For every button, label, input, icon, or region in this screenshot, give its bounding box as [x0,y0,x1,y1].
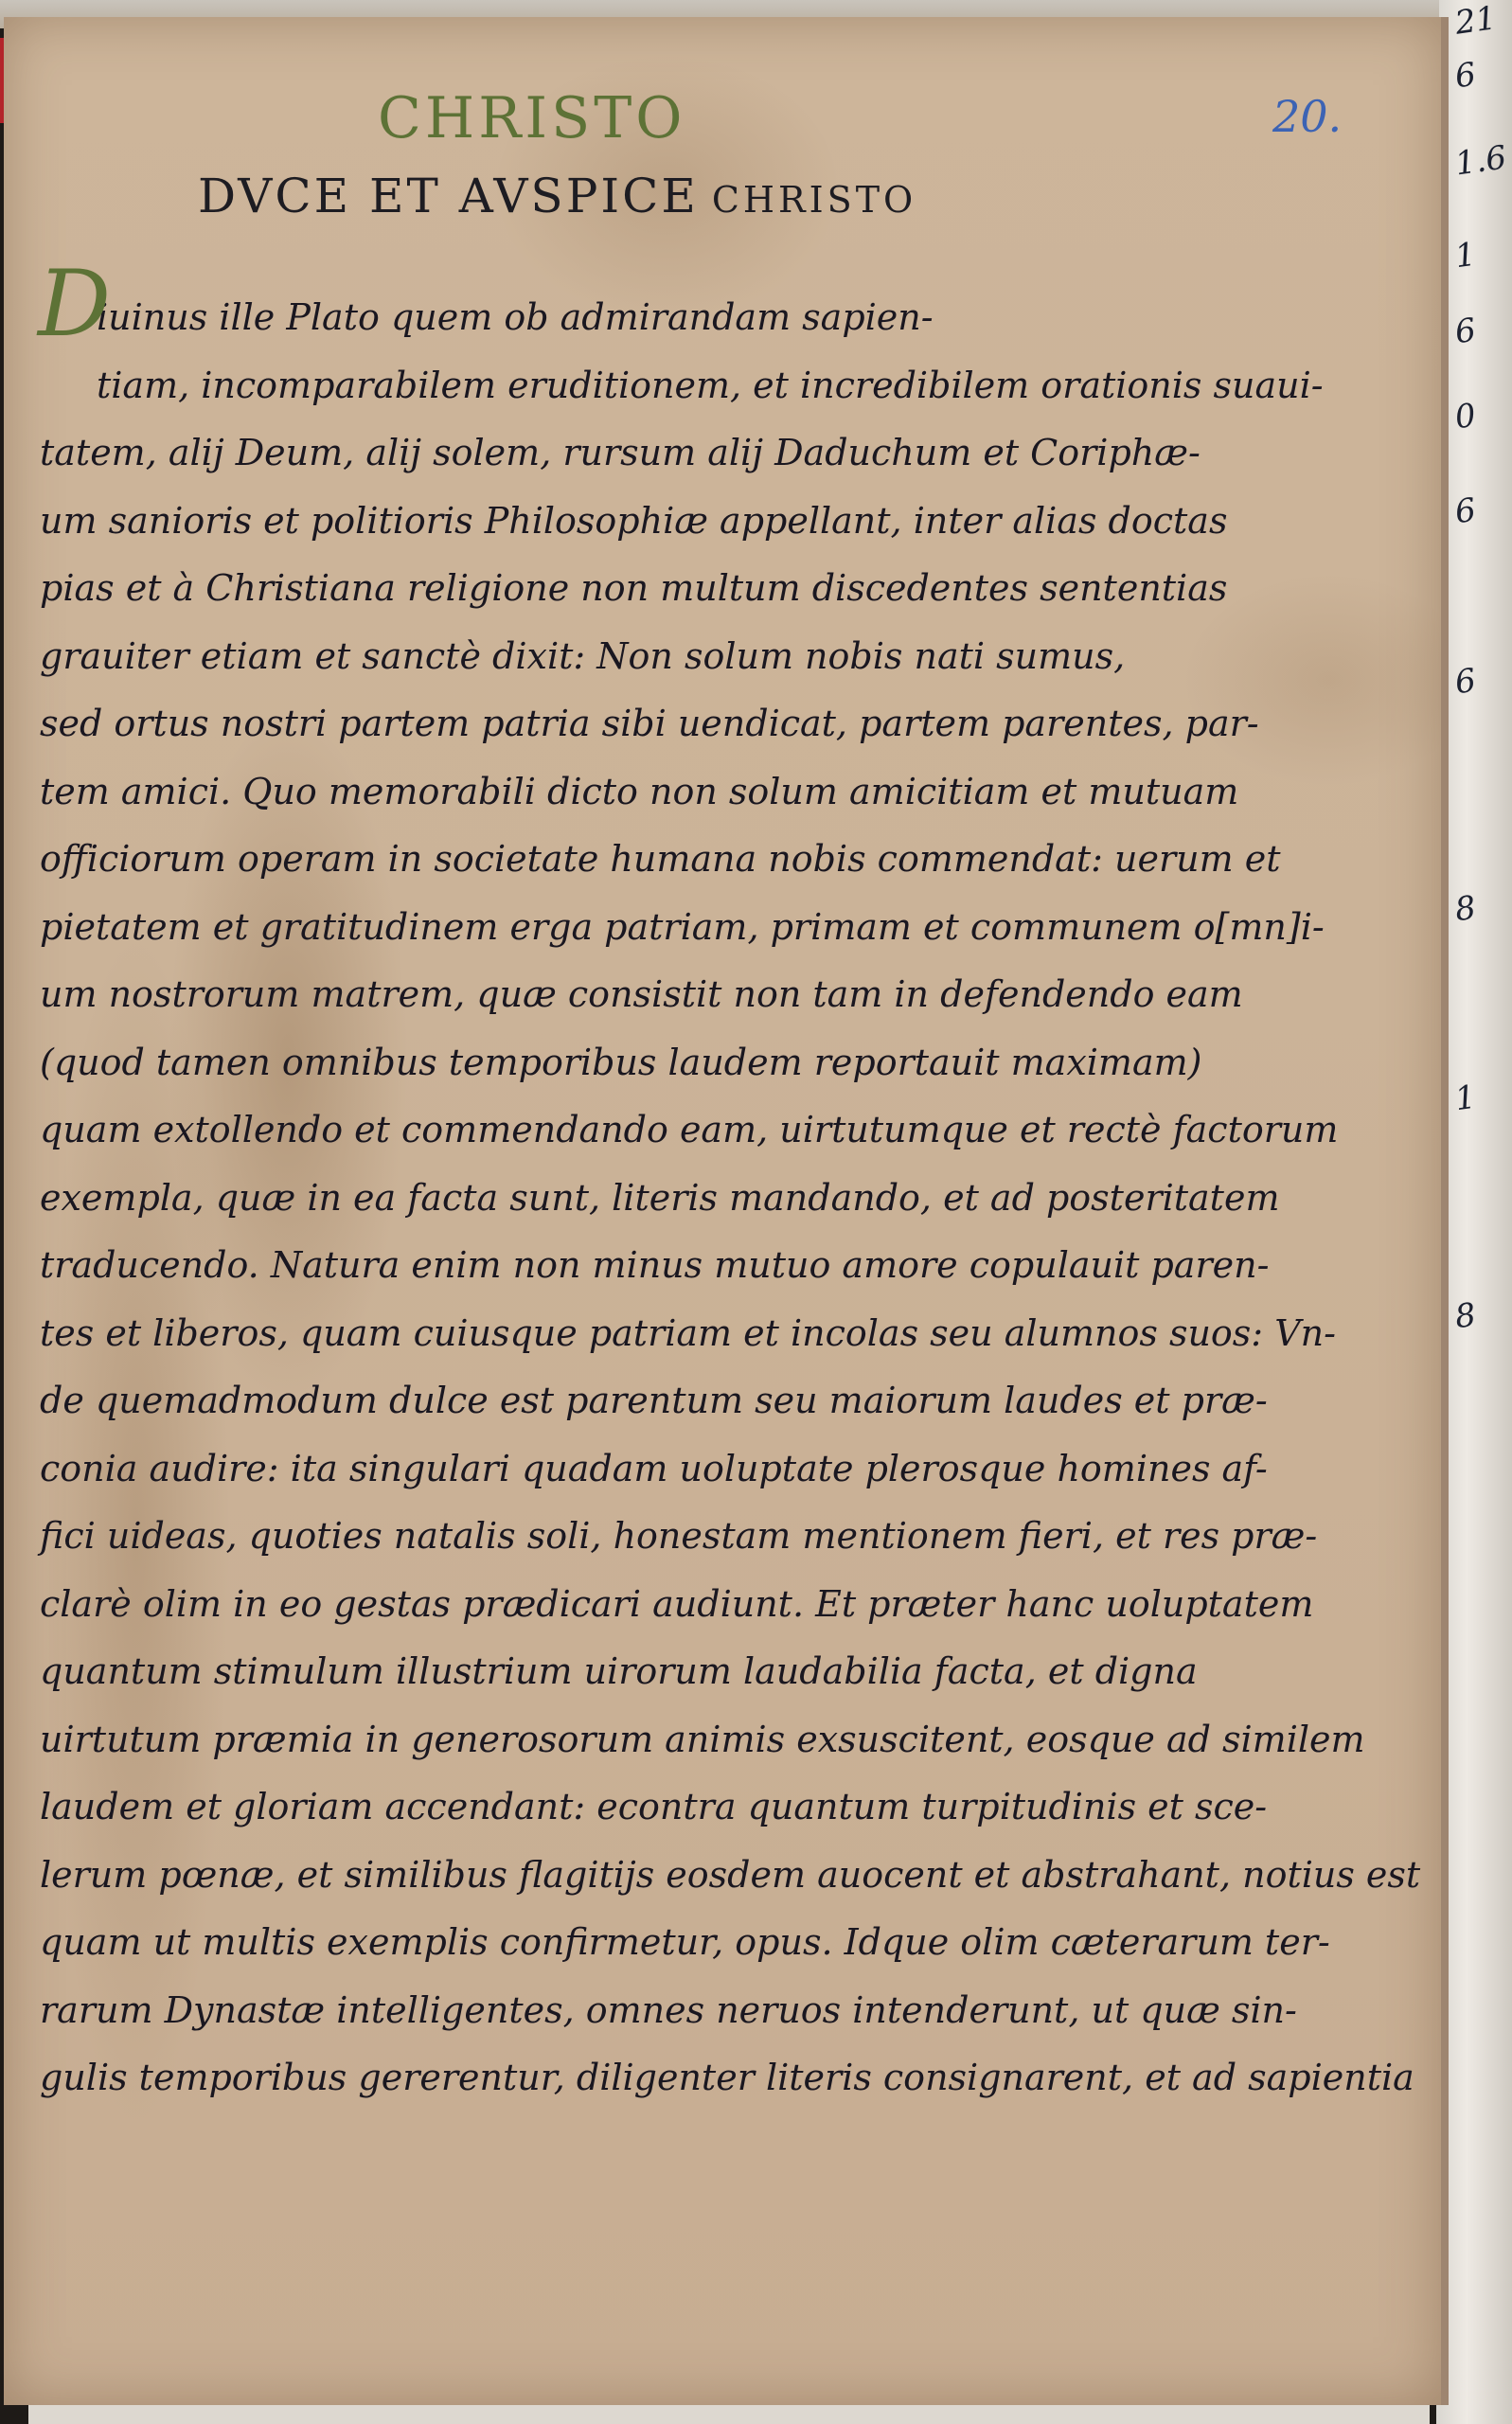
text-line: pias et à Christiana religione non multu… [40,555,1166,623]
text-line: tiam, incomparabilem eruditionem, et inc… [40,352,1166,420]
text-line: uirtutum præmia in generosorum animis ex… [40,1706,1166,1774]
adjacent-mark: 8 [1452,889,1478,930]
text-line: officiorum operam in societate humana no… [40,826,1166,894]
adjacent-mark: 1.6 [1452,138,1508,183]
text-line: lerum pœnæ, et similibus flagitijs eosde… [40,1842,1166,1910]
manuscript-body: D iuinus ille Plato quem ob admirandam s… [40,284,1166,2112]
text-line: sed ortus nostri partem patria sibi uend… [40,690,1166,758]
text-line: tem amici. Quo memorabili dicto non solu… [40,758,1166,827]
text-line: D iuinus ille Plato quem ob admirandam s… [40,284,1166,352]
text-line: traducendo. Natura enim non minus mutuo … [40,1232,1166,1300]
text-line: quam ut multis exemplis confirmetur, opu… [40,1909,1166,1977]
adjacent-mark: 1 [1452,1078,1478,1119]
text-line: laudem et gloriam accendant: econtra qua… [40,1773,1166,1842]
text-line-content: iuinus ille Plato quem ob admirandam sap… [97,296,934,338]
manuscript-page: 20. CHRISTO DVCE ET AVSPICECHRISTO D iui… [4,17,1449,2405]
adjacent-mark: 8 [1452,1296,1478,1337]
adjacent-mark: 6 [1452,56,1478,97]
text-line: rarum Dynastæ intelligentes, omnes neruo… [40,1977,1166,2045]
text-line: tes et liberos, quam cuiusque patriam et… [40,1300,1166,1368]
text-line: quam extollendo et commendando eam, uirt… [40,1096,1166,1165]
text-line: pietatem et gratitudinem erga patriam, p… [40,894,1166,962]
heading-motto: DVCE ET AVSPICECHRISTO [198,169,916,223]
text-line: exempla, quæ in ea facta sunt, literis m… [40,1165,1166,1233]
folio-number: 20. [1272,91,1342,142]
adjacent-mark: 0 [1452,397,1478,437]
adjacent-mark: 21 [1452,0,1498,43]
text-line: grauiter etiam et sanctè dixit: Non solu… [40,623,1166,691]
text-line: tatem, alij Deum, alij solem, rursum ali… [40,419,1166,488]
text-line: um nostrorum matrem, quæ consistit non t… [40,961,1166,1029]
text-line: conia audire: ita singulari quadam uolup… [40,1435,1166,1504]
adjacent-mark: 1 [1452,236,1478,276]
adjacent-mark: 6 [1452,491,1478,532]
adjacent-mark: 6 [1452,662,1478,703]
text-line: clarè olim in eo gestas prædicari audiun… [40,1571,1166,1639]
heading-christo: CHRISTO [378,85,685,151]
text-line: um sanioris et politioris Philosophiæ ap… [40,488,1166,556]
text-line: fici uideas, quoties natalis soli, hones… [40,1503,1166,1571]
adjacent-mark: 6 [1452,312,1478,352]
heading-motto-small: CHRISTO [712,179,916,221]
heading-motto-main: DVCE ET AVSPICE [198,169,699,223]
text-line: gulis temporibus gererentur, diligenter … [40,2044,1166,2112]
text-line: (quod tamen omnibus temporibus laudem re… [40,1029,1166,1097]
decorated-initial: D [38,271,111,339]
text-line: quantum stimulum illustrium uirorum laud… [40,1638,1166,1706]
text-line: de quemadmodum dulce est parentum seu ma… [40,1367,1166,1435]
